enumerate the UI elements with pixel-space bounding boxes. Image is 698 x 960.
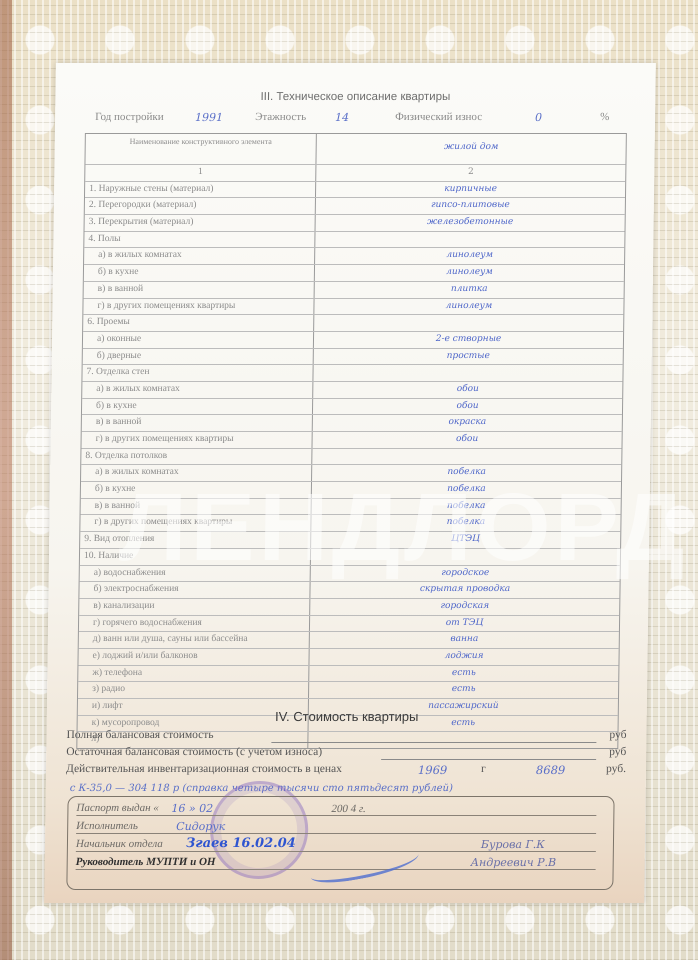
element-label: б) в кухне bbox=[95, 484, 136, 494]
table-row: 7. Отделка стен bbox=[82, 364, 622, 381]
table-row: 8. Отделка потолков bbox=[81, 448, 621, 465]
element-value: линолеум bbox=[314, 265, 624, 281]
department-head-name: Бурова Г.К bbox=[481, 838, 545, 851]
element-value bbox=[311, 449, 621, 465]
element-value: 2-е створные bbox=[313, 332, 623, 348]
table-row: а) оконные2-е створные bbox=[83, 331, 623, 348]
element-value: побелка bbox=[311, 482, 621, 498]
element-value: линолеум bbox=[314, 248, 624, 264]
element-value: от ТЭЦ bbox=[309, 616, 619, 632]
element-value bbox=[314, 232, 624, 248]
handwritten-note: с К-35,0 — 304 118 р (справка четыре тыс… bbox=[70, 783, 625, 794]
inventory-cost-year-unit: г bbox=[481, 763, 486, 775]
table-row: 6. Проемы bbox=[83, 314, 623, 331]
inventory-cost-unit: руб. bbox=[606, 763, 626, 775]
wear-unit: % bbox=[600, 111, 609, 123]
document-page: III. Техническое описание квартиры Год п… bbox=[44, 63, 656, 903]
table-row: б) в кухнеобои bbox=[82, 398, 622, 415]
element-label: г) в других помещениях квартиры bbox=[96, 434, 234, 444]
full-balance-cost-row: Полная балансовая стоимость руб bbox=[66, 729, 626, 745]
executor-label: Исполнитель bbox=[76, 820, 138, 832]
table-number-row: 1 2 bbox=[85, 164, 625, 181]
table-row: б) в кухнепобелка bbox=[81, 481, 621, 498]
element-value: побелка bbox=[311, 465, 621, 481]
full-balance-cost-unit: руб bbox=[609, 729, 626, 741]
element-label: 9. Вид отопления bbox=[84, 534, 154, 544]
element-label: 7. Отделка стен bbox=[86, 367, 149, 377]
technical-description-table: Наименование конструктивного элемента жи… bbox=[76, 133, 627, 749]
table-row: а) в жилых комнатахобои bbox=[82, 381, 622, 398]
table-row: б) в кухнелинолеум bbox=[84, 264, 624, 281]
section-3-title: III. Техническое описание квартиры bbox=[55, 91, 655, 103]
department-head-date: Згаев 16.02.04 bbox=[186, 836, 296, 851]
element-value: есть bbox=[308, 682, 618, 698]
background-edge bbox=[0, 0, 12, 960]
table-row: 4. Полы bbox=[84, 231, 624, 248]
element-label: а) оконные bbox=[97, 334, 141, 344]
element-value: плитка bbox=[314, 282, 624, 298]
element-value: простые bbox=[313, 349, 623, 365]
element-value: есть bbox=[308, 666, 618, 682]
element-label: 8. Отделка потолков bbox=[85, 451, 167, 461]
floors-value: 14 bbox=[335, 111, 349, 124]
table-row: з) радиоесть bbox=[78, 681, 618, 698]
element-label: а) в жилых комнатах bbox=[98, 250, 182, 260]
element-value: лоджия bbox=[308, 649, 618, 665]
passport-issued-year: 200 4 г. bbox=[331, 803, 366, 815]
column-number-2: 2 bbox=[315, 165, 625, 181]
table-row: в) канализациигородская bbox=[79, 598, 619, 615]
passport-issued-date: 16 » 02 bbox=[171, 802, 213, 815]
element-label: б) в кухне bbox=[98, 267, 139, 277]
column-number-1: 1 bbox=[85, 167, 315, 177]
table-row: г) в других помещениях квартирыпобелка bbox=[80, 514, 620, 531]
inventory-cost-label: Действительная инвентаризационная стоимо… bbox=[66, 763, 342, 775]
element-label: 10. Наличие bbox=[84, 551, 133, 561]
year-label: Год постройки bbox=[95, 111, 164, 123]
table-row: д) ванн или душа, сауны или бассейнаванн… bbox=[79, 631, 619, 648]
department-head-row: Начальник отдела Згаев 16.02.04 Бурова Г… bbox=[76, 835, 596, 852]
floors-label: Этажность bbox=[255, 111, 306, 123]
table-row: а) в жилых комнатахпобелка bbox=[81, 464, 621, 481]
element-value bbox=[310, 549, 620, 565]
element-label: а) в жилых комнатах bbox=[95, 467, 179, 477]
residual-balance-cost-unit: руб bbox=[609, 746, 626, 758]
element-label: г) в других помещениях квартиры bbox=[94, 517, 232, 527]
element-label: 2. Перегородки (материал) bbox=[89, 200, 197, 210]
element-label: в) в ванной bbox=[98, 284, 144, 294]
element-value: ЦТЭЦ bbox=[310, 532, 620, 548]
table-row: 10. Наличие bbox=[80, 548, 620, 565]
inventory-cost-row: Действительная инвентаризационная стоимо… bbox=[66, 763, 626, 779]
element-value: скрытая проводка bbox=[309, 582, 619, 598]
executor-signature: Сидорук bbox=[176, 820, 225, 833]
element-label: 4. Полы bbox=[88, 234, 120, 244]
element-label: 6. Проемы bbox=[87, 317, 130, 327]
passport-issued-row: Паспорт выдан « 16 » 02 200 4 г. bbox=[76, 799, 596, 816]
table-row: 9. Вид отопленияЦТЭЦ bbox=[80, 531, 620, 548]
table-row: б) электроснабженияскрытая проводка bbox=[79, 581, 619, 598]
director-name: Андреевич Р.В bbox=[471, 856, 557, 869]
table-row: а) в жилых комнатахлинолеум bbox=[84, 247, 624, 264]
element-value: побелка bbox=[310, 515, 620, 531]
table-row: г) горячего водоснабженияот ТЭЦ bbox=[79, 615, 619, 632]
element-label: в) в ванной bbox=[95, 501, 141, 511]
element-label: е) лоджий и/или балконов bbox=[93, 651, 198, 661]
element-value: побелка bbox=[311, 499, 621, 515]
column-header-value: жилой дом bbox=[315, 134, 625, 164]
element-label: а) водоснабжения bbox=[94, 568, 166, 578]
residual-balance-cost-row: Остаточная балансовая стоимость (с учето… bbox=[66, 746, 626, 762]
table-row: е) лоджий и/или балконовлоджия bbox=[78, 648, 618, 665]
element-value: обои bbox=[312, 399, 622, 415]
element-label: д) ванн или душа, сауны или бассейна bbox=[93, 634, 248, 644]
table-row: 3. Перекрытия (материал)железобетонные bbox=[85, 214, 625, 231]
element-value: окраска bbox=[312, 415, 622, 431]
element-label: в) канализации bbox=[93, 601, 154, 611]
table-row: 1. Наружные стены (материал)кирпичные bbox=[85, 181, 625, 198]
table-row: б) дверныепростые bbox=[83, 348, 623, 365]
element-value: железобетонные bbox=[315, 215, 625, 231]
element-label: г) горячего водоснабжения bbox=[93, 618, 202, 628]
residual-balance-cost-label: Остаточная балансовая стоимость (с учето… bbox=[66, 746, 322, 758]
wear-value: 0 bbox=[535, 111, 542, 124]
element-value: кирпичные bbox=[315, 182, 625, 198]
table-row: в) в ваннойплитка bbox=[84, 281, 624, 298]
department-head-label: Начальник отдела bbox=[76, 838, 163, 850]
element-value bbox=[313, 315, 623, 331]
element-label: г) в других помещениях квартиры bbox=[97, 301, 235, 311]
element-label: а) в жилых комнатах bbox=[96, 384, 180, 394]
section-4-title: IV. Стоимость квартиры bbox=[47, 709, 647, 724]
table-row: в) в ваннойокраска bbox=[82, 414, 622, 431]
table-row: г) в других помещениях квартирылинолеум bbox=[83, 298, 623, 315]
element-label: 3. Перекрытия (материал) bbox=[89, 217, 194, 227]
element-value bbox=[312, 365, 622, 381]
element-label: в) в ванной bbox=[96, 417, 142, 427]
element-value: обои bbox=[311, 432, 621, 448]
inventory-cost-value: 8689 bbox=[536, 763, 565, 777]
director-label: Руководитель МУПТИ и ОН bbox=[76, 856, 216, 868]
element-label: б) электроснабжения bbox=[93, 584, 178, 594]
element-value: обои bbox=[312, 382, 622, 398]
passport-issued-label: Паспорт выдан « bbox=[76, 802, 159, 814]
element-label: б) в кухне bbox=[96, 401, 137, 411]
element-value: городская bbox=[309, 599, 619, 615]
executor-row: Исполнитель Сидорук bbox=[76, 817, 596, 834]
full-balance-cost-label: Полная балансовая стоимость bbox=[66, 729, 213, 741]
element-value: ванна bbox=[309, 632, 619, 648]
table-row: в) в ваннойпобелка bbox=[81, 498, 621, 515]
element-value: линолеум bbox=[313, 299, 623, 315]
element-value: гипсо-плитовые bbox=[315, 198, 625, 214]
element-label: ж) телефона bbox=[92, 668, 142, 678]
element-label: б) дверные bbox=[97, 351, 141, 361]
table-row: г) в других помещениях квартирыобои bbox=[81, 431, 621, 448]
year-value: 1991 bbox=[195, 111, 223, 124]
table-header-row: Наименование конструктивного элемента жи… bbox=[85, 134, 625, 164]
column-header-element: Наименование конструктивного элемента bbox=[86, 137, 316, 147]
element-value: городское bbox=[310, 566, 620, 582]
table-row: 2. Перегородки (материал)гипсо-плитовые bbox=[85, 197, 625, 214]
inventory-cost-year: 1969 bbox=[418, 763, 447, 777]
wear-label: Физический износ bbox=[395, 111, 482, 123]
element-label: 1. Наружные стены (материал) bbox=[89, 184, 214, 194]
table-row: а) водоснабжениягородское bbox=[80, 565, 620, 582]
table-row: ж) телефонаесть bbox=[78, 665, 618, 682]
element-label: з) радио bbox=[92, 684, 125, 694]
